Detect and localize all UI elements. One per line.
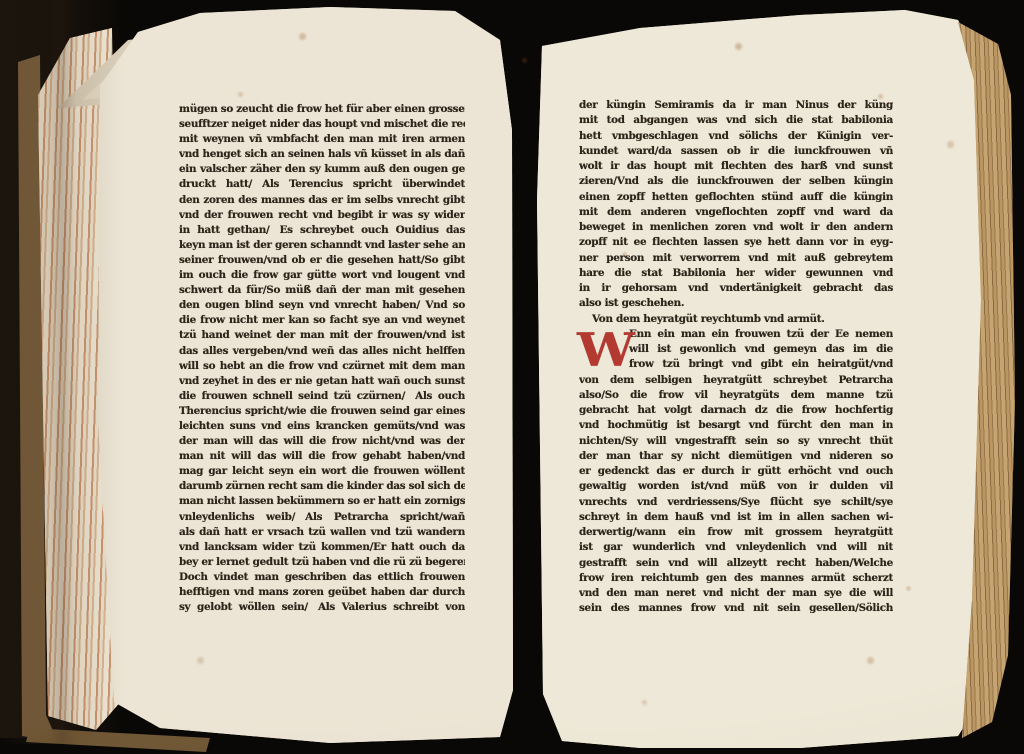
text-line: keyn man ist der geren schanndt vnd last… [179, 238, 465, 253]
text-line: hefftigen vnd mans zoren geübet haben da… [179, 585, 465, 600]
text-line: den zoren des mannes das er im selbs vnr… [179, 193, 465, 208]
text-line: der man thar sy nicht diemütigen vnd nid… [579, 449, 893, 464]
text-line: man nit will das will die frow gehabt ha… [179, 449, 465, 464]
text-line: schwert da für/So müß dañ der man mit ge… [179, 283, 465, 298]
text-line: in ir gehorsam vnd vndertänigkeit gebrac… [579, 281, 893, 296]
text-line: schreyt in dem hauß vnd ist im in allen … [579, 510, 893, 525]
right-text-top: der küngin Semiramis da ir man Ninus der… [579, 98, 893, 296]
text-line: vnleydenlichs weib/ Als Petrarcha sprich… [179, 510, 465, 525]
text-line: das alles vergeben/vnd weñ das alles nic… [179, 344, 465, 359]
text-line: gebracht hat volgt darnach dz die frow h… [579, 403, 893, 418]
text-line: seufftzer neiget nider das houpt vnd mis… [179, 117, 465, 132]
text-line: zieren/Vnd als die iunckfrouwen der selb… [579, 174, 893, 189]
text-line: darumb zürnen recht sam die kinder das s… [179, 479, 465, 494]
text-line: vnd der frouwen recht vnd begibt ir was … [179, 208, 465, 223]
text-line: Therencius spricht/wie die frouwen seind… [179, 404, 465, 419]
text-line: tzü hand weinet der man mit der frouwen/… [179, 328, 465, 343]
text-line: frow iren reichtumb gen des mannes armüt… [579, 571, 893, 586]
text-line: druckt hatt/ Als Terencius spricht überw… [179, 177, 465, 192]
text-line: vnrechts vnd verdriessens/Sye flücht sye… [579, 495, 893, 510]
text-line: der küngin Semiramis da ir man Ninus der… [579, 98, 893, 113]
text-line: sy gelobt wöllen sein/ Als Valerius schr… [179, 600, 465, 615]
text-line: der man will das will die frow nicht/vnd… [179, 434, 465, 449]
text-line: gewaltig worden ist/vnd müß von ir dulde… [579, 479, 893, 494]
text-line: bey er lernet gedult tzü haben vnd die r… [179, 555, 465, 570]
text-line: mag gar leicht seyn ein wort die frouwen… [179, 464, 465, 479]
text-line: zopff nit ee flechten lassen sye hett da… [579, 235, 893, 250]
text-line: beweget in menlichen zoren vnd wolt ir d… [579, 220, 893, 235]
text-line: also/So die frow vil heyratgüts dem mann… [579, 388, 893, 403]
text-line: mügen so zeucht die frow het für aber ei… [179, 102, 465, 117]
right-text-bottom: von dem selbigen heyratgütt schreybet Pe… [579, 373, 893, 617]
text-line: er gedenckt das er durch ir gütt erhöcht… [579, 464, 893, 479]
text-line: gestrafft sein vnd will allzeytt recht h… [579, 556, 893, 571]
page-curvature-shading [0, 0, 70, 738]
text-line: vnd zeyhet in des er nie getan hatt wañ … [179, 374, 465, 389]
chapter-end-line: also ist geschehen. [579, 296, 893, 311]
photograph-of-open-incunabulum: mügen so zeucht die frow het für aber ei… [0, 0, 1024, 754]
lombard-initial-w: W [577, 328, 633, 374]
text-line: vnd henget sich an seinen hals vñ küsset… [179, 147, 465, 162]
text-line: ist gar wunderlich vnd vnleydenlich vnd … [579, 540, 893, 555]
text-line: vnd hochmütig ist besargt vnd fürcht den… [579, 418, 893, 433]
text-line: die frow nicht mer kan so facht sye an v… [179, 313, 465, 328]
text-line: als dañ hatt er vrsach tzü wallen vnd tz… [179, 525, 465, 540]
text-line: vnd den man neret vnd nicht der man sye … [579, 586, 893, 601]
left-text-column: mügen so zeucht die frow het für aber ei… [179, 102, 465, 615]
right-text-column: der küngin Semiramis da ir man Ninus der… [579, 98, 893, 617]
text-line: den ougen blind seyn vnd vnrecht haben/ … [179, 298, 465, 313]
text-line: mit dem anderen vngeflochten zopff vnd w… [579, 205, 893, 220]
text-line: seiner frouwen/vnd ob er die gesehen hat… [179, 253, 465, 268]
text-line: wolt ir das houpt mit flechten des harß … [579, 159, 893, 174]
text-line: mit tod abgangen was vnd sich die stat b… [579, 113, 893, 128]
text-line: hare die stat Babilonia her wider gewunn… [579, 266, 893, 281]
text-line: leichten suns vnd eins krancken gemüts/v… [179, 419, 465, 434]
text-line: im ouch die frow gar gütte wort vnd loug… [179, 268, 465, 283]
text-line: ein valscher zäher den sy kumm auß den o… [179, 162, 465, 177]
text-line: sein des mannes frow vnd nit sein gesell… [579, 601, 893, 616]
text-line: hett vmbgeschlagen vnd sölichs der Künig… [579, 129, 893, 144]
text-line: vnd lancksam wider tzü kommen/Er hatt ou… [179, 540, 465, 555]
foxing-spots [0, 0, 5, 5]
text-line: man nicht lassen bekümmern so er hatt ei… [179, 494, 465, 509]
text-line: einen zopff hetten geflochten stünd auff… [579, 190, 893, 205]
text-line: Doch vindet man geschriben das ettlich f… [179, 570, 465, 585]
text-line: mit weynen vñ vmbfacht den man mit iren … [179, 132, 465, 147]
text-line: kundet ward/da sassen ob ir die iunckfro… [579, 144, 893, 159]
text-line: die frouwen schnell seind tzü czürnen/ A… [179, 389, 465, 404]
text-line: nichten/Sy will vngestrafft sein so sy v… [579, 434, 893, 449]
text-line: in hatt gethan/ Es schreybet ouch Ouidiu… [179, 223, 465, 238]
text-line: derwertig/wann ein frow mit grossem heyr… [579, 525, 893, 540]
text-line: ner person mit verworrem vnd mit auß geb… [579, 251, 893, 266]
initial-paragraph: W Enn ein man ein frouwen tzü der Ee nem… [579, 327, 893, 373]
text-line: will so hebt an die frow vnd czürnet mit… [179, 359, 465, 374]
